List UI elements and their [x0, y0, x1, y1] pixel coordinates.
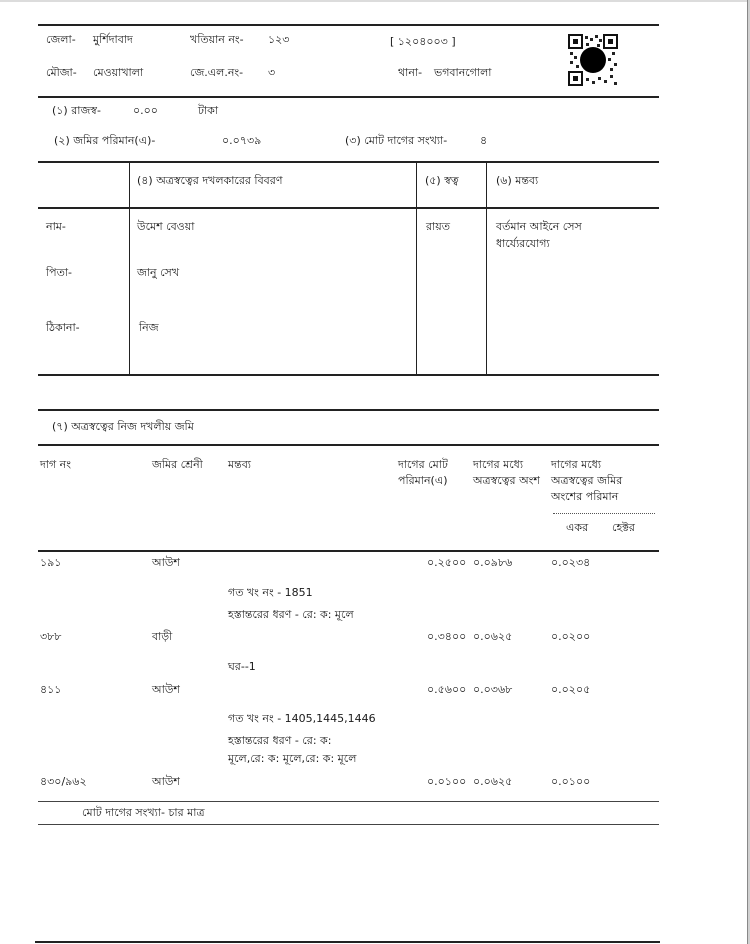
- district-value: মুর্শিদাবাদ: [93, 33, 133, 47]
- row-note: গত খং নং - 1405,1445,1446: [228, 712, 376, 726]
- footer-bottom-rule: [38, 824, 659, 825]
- total-area: ০.৩৪০০: [427, 630, 466, 644]
- land-area-value: ০.০৭৩৯: [222, 134, 261, 148]
- plots-section-title: (৭) অত্রস্বত্বের নিজ দখলীয় জমি: [52, 420, 194, 434]
- share-area-acre: ০.০২০০: [551, 630, 590, 644]
- unit-acre: একর: [566, 521, 588, 535]
- col-total-area-1: দাগের মোট: [398, 458, 448, 472]
- mouza-value: মেওয়াখালা: [93, 66, 143, 80]
- land-area-label: (২) জমির পরিমান(এ)-: [54, 134, 155, 148]
- col-share-1: দাগের মধ্যে: [473, 458, 523, 472]
- name-label: নাম-: [46, 220, 66, 234]
- record-id: [ ১২০৪০০৩ ]: [390, 35, 456, 49]
- total-area: ০.৫৬০০: [427, 683, 466, 697]
- total-area: ০.২৫০০: [427, 556, 466, 570]
- land-class: আউশ: [152, 775, 180, 789]
- header-top-rule: [38, 24, 659, 26]
- father-name: জানু সেখ: [137, 266, 179, 280]
- address-label: ঠিকানা-: [46, 321, 80, 335]
- owner-header-rule: [38, 207, 659, 209]
- land-class: আউশ: [152, 556, 180, 570]
- revenue-label: (১) রাজস্ব-: [52, 104, 101, 118]
- jl-label: জে.এল.নং-: [190, 66, 243, 80]
- unit-divider: [553, 513, 655, 514]
- row-note: মূলে,রে: ক: মূলে,রে: ক: মূলে: [228, 752, 356, 766]
- plots-header-top-rule: [38, 444, 659, 446]
- total-plots-value: ৪: [480, 134, 487, 148]
- share: ০.০৯৮৬: [473, 556, 512, 570]
- address-value: নিজ: [139, 321, 159, 335]
- owner-name: উমেশ বেওয়া: [137, 220, 194, 234]
- jl-value: ৩: [268, 66, 275, 80]
- scrollbar-edge: [747, 0, 748, 944]
- revenue-value: ০.০০: [133, 104, 158, 118]
- row-note: গত খং নং - 1851: [228, 586, 313, 600]
- col-land-class: জমির শ্রেনী: [152, 458, 203, 472]
- qr-code-icon: [568, 34, 618, 86]
- total-area: ০.০১০০: [427, 775, 466, 789]
- footer-top-rule: [38, 801, 659, 802]
- owner-col-divider-2: [416, 162, 417, 374]
- col-share-area-3: অংশের পরিমান: [551, 490, 618, 504]
- share-area-acre: ০.০২৩৪: [551, 556, 590, 570]
- thana-label: থানা-: [398, 66, 422, 80]
- mouza-label: মৌজা-: [46, 66, 77, 80]
- header-bottom-rule: [38, 96, 659, 98]
- thana-value: ভগবানগোলা: [434, 66, 492, 80]
- row-note: হস্তান্তরের ধরণ - রে: ক: মূলে: [228, 608, 354, 622]
- owner-details-header: (৪) অত্রস্বত্বের দখলকারের বিবরণ: [137, 174, 283, 188]
- col-share-area-2: অত্রস্বত্বের জমির: [551, 474, 622, 488]
- right-value: রায়ত: [426, 220, 450, 234]
- share: ০.০৩৬৮: [473, 683, 512, 697]
- col-total-area-2: পরিমান(এ): [398, 474, 447, 488]
- col-plot-no: দাগ নং: [40, 458, 71, 472]
- district-label: জেলা-: [46, 33, 76, 47]
- plots-header-bottom-rule: [38, 550, 659, 552]
- land-class: আউশ: [152, 683, 180, 697]
- right-header: (৫) স্বত্ব: [425, 174, 459, 188]
- khatian-label: খতিয়ান নং-: [190, 33, 244, 47]
- col-share-2: অত্রস্বত্বের অংশ: [473, 474, 540, 488]
- total-plots-label: (৩) মোট দাগের সংখ্যা-: [345, 134, 447, 148]
- revenue-unit: টাকা: [198, 104, 218, 118]
- plot-no: ৩৮৮: [40, 630, 61, 644]
- remark-line-1: বর্তমান আইনে সেস: [496, 220, 582, 234]
- land-class: বাড়ী: [152, 630, 172, 644]
- share-area-acre: ০.০২০৫: [551, 683, 590, 697]
- father-label: পিতা-: [46, 266, 72, 280]
- remark-line-2: ধার্য্যেরযোগ্য: [496, 237, 550, 251]
- col-share-area-1: দাগের মধ্যে: [551, 458, 601, 472]
- row-note: হস্তান্তরের ধরণ - রে: ক:: [228, 734, 331, 748]
- unit-hectare: হেক্টর: [612, 521, 635, 535]
- owner-col-divider-1: [129, 162, 130, 374]
- plots-section-top-rule: [38, 409, 659, 411]
- row-note: ঘর--1: [228, 660, 256, 674]
- share: ০.০৬২৫: [473, 775, 512, 789]
- plot-no: ১৯১: [40, 556, 61, 570]
- plot-no: ৪১১: [40, 683, 61, 697]
- owner-table-top-rule: [38, 161, 659, 163]
- share: ০.০৬২৫: [473, 630, 512, 644]
- share-area-acre: ০.০১০০: [551, 775, 590, 789]
- col-remarks: মন্তব্য: [228, 458, 251, 472]
- remarks-header: (৬) মন্তব্য: [496, 174, 538, 188]
- plots-total-footer: মোট দাগের সংখ্যা- চার মাত্র: [82, 806, 205, 820]
- page-bottom-rule: [35, 941, 660, 943]
- owner-col-divider-3: [486, 162, 487, 374]
- page-top-edge: [0, 0, 750, 2]
- owner-table-bottom-rule: [38, 374, 659, 376]
- plot-no: ৪৩০/৯৬২: [40, 775, 87, 789]
- khatian-value: ১২৩: [268, 33, 289, 47]
